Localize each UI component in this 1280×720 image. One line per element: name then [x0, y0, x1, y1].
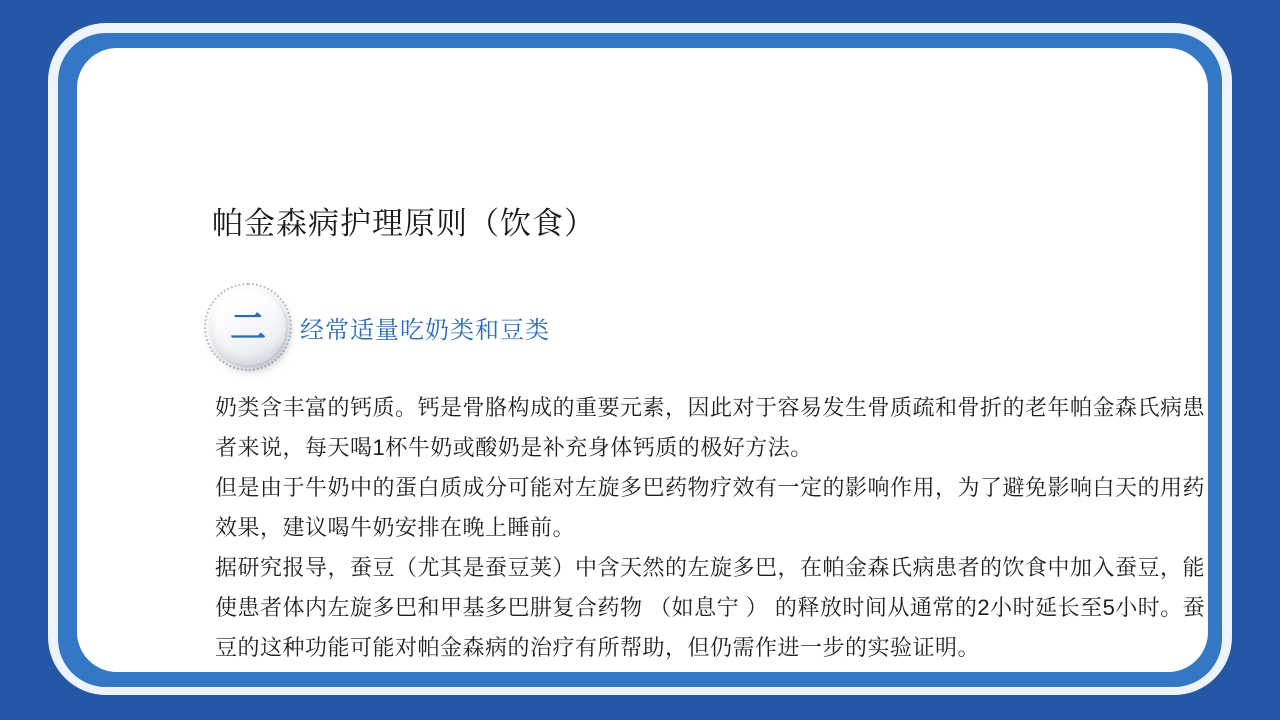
section-header: 二 经常适量吃奶类和豆类 — [204, 283, 550, 371]
slide-content-card: 帕金森病护理原则（饮食） 二 经常适量吃奶类和豆类 奶类含丰富的钙质。钙是骨胳构… — [77, 48, 1208, 672]
section-title: 经常适量吃奶类和豆类 — [300, 310, 550, 345]
presentation-slide: 帕金森病护理原则（饮食） 二 经常适量吃奶类和豆类 奶类含丰富的钙质。钙是骨胳构… — [0, 0, 1280, 720]
body-text-block: 奶类含丰富的钙质。钙是骨胳构成的重要元素，因此对于容易发生骨质疏和骨折的老年帕金… — [215, 388, 1219, 668]
paragraph-dairy-calcium: 奶类含丰富的钙质。钙是骨胳构成的重要元素，因此对于容易发生骨质疏和骨折的老年帕金… — [215, 388, 1219, 468]
section-number: 二 — [210, 289, 286, 365]
section-number-badge: 二 — [204, 283, 292, 371]
paragraph-fava-beans: 据研究报导，蚕豆（尤其是蚕豆荚）中含天然的左旋多巴，在帕金森氏病患者的饮食中加入… — [215, 548, 1219, 668]
slide-title: 帕金森病护理原则（饮食） — [212, 198, 596, 243]
paragraph-milk-timing: 但是由于牛奶中的蛋白质成分可能对左旋多巴药物疗效有一定的影响作用，为了避免影响白… — [215, 468, 1219, 548]
